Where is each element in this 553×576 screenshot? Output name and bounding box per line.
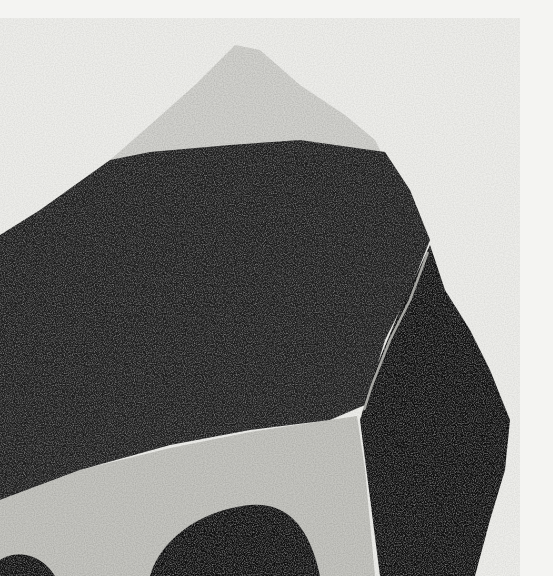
crystal-fragment-image bbox=[0, 0, 553, 576]
photograph bbox=[0, 0, 553, 576]
